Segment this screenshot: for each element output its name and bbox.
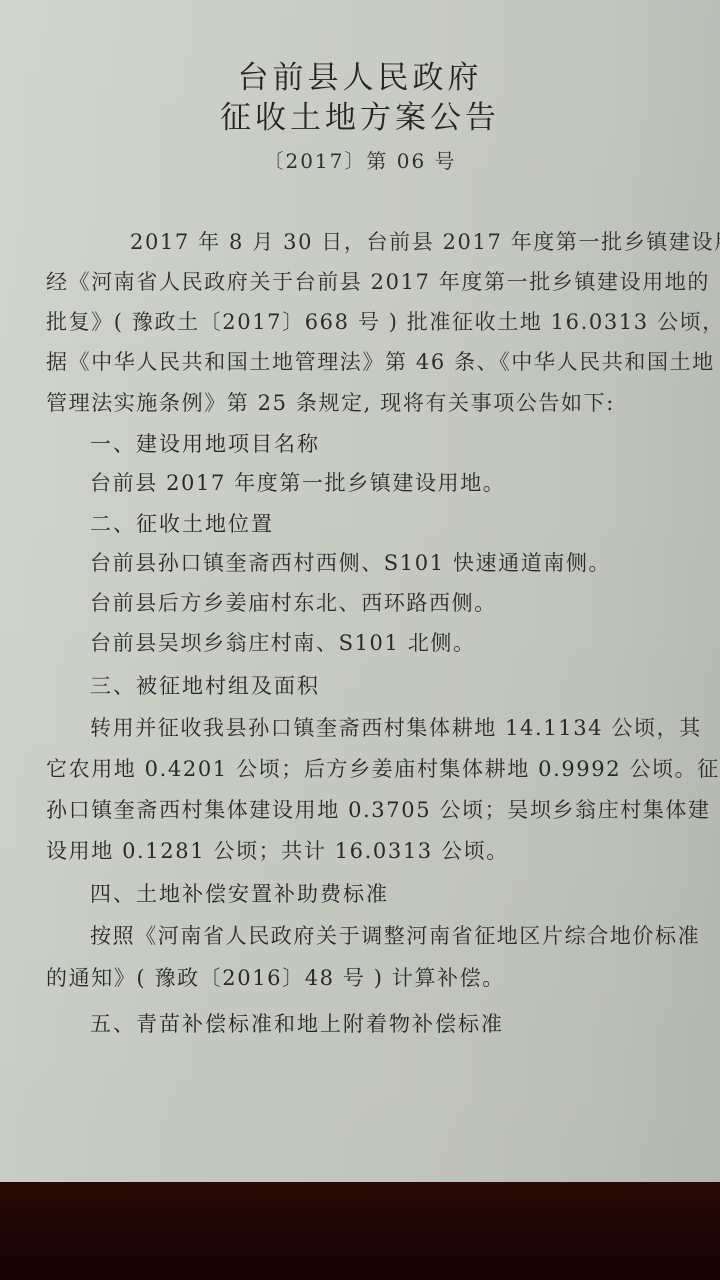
section-3-line: 设用地 0.1281 公顷；共计 16.0313 公顷。 xyxy=(46,835,509,865)
section-4-line: 按照《河南省人民政府关于调整河南省征地区片综合地价标准 xyxy=(90,920,700,950)
wooden-table-surface xyxy=(0,1182,720,1280)
document-title-line2: 征收土地方案公告 xyxy=(0,92,720,137)
section-2-line: 台前县孙口镇奎斋西村西侧、S101 快速通道南侧。 xyxy=(90,547,611,577)
section-heading-2: 二、征收土地位置 xyxy=(90,508,274,538)
document-paper: 台前县人民政府 征收土地方案公告 〔2017〕第 06 号 2017 年 8 月… xyxy=(0,0,720,1182)
section-heading-4: 四、土地补偿安置补助费标准 xyxy=(90,878,389,908)
section-heading-1: 一、建设用地项目名称 xyxy=(90,428,320,458)
document-number: 〔2017〕第 06 号 xyxy=(0,145,720,174)
section-heading-5: 五、青苗补偿标准和地上附着物补偿标准 xyxy=(90,1008,504,1038)
intro-line: 据《中华人民共和国土地管理法》第 46 条、《中华人民共和国土地 xyxy=(46,346,715,376)
section-1-line: 台前县 2017 年度第一批乡镇建设用地。 xyxy=(90,467,505,497)
intro-line: 经《河南省人民政府关于台前县 2017 年度第一批乡镇建设用地的 xyxy=(46,266,710,296)
photo-scene: 台前县人民政府 征收土地方案公告 〔2017〕第 06 号 2017 年 8 月… xyxy=(0,0,720,1280)
section-3-line: 它农用地 0.4201 公顷；后方乡姜庙村集体耕地 0.9992 公顷。征收 xyxy=(46,753,720,783)
section-heading-3: 三、被征地村组及面积 xyxy=(90,670,320,700)
section-2-line: 台前县后方乡姜庙村东北、西环路西侧。 xyxy=(90,587,497,617)
intro-line: 批复》( 豫政土〔2017〕668 号 ) 批准征收土地 16.0313 公顷，… xyxy=(46,306,720,336)
section-2-line: 台前县吴坝乡翁庄村南、S101 北侧。 xyxy=(90,627,476,657)
section-4-line: 的通知》( 豫政〔2016〕48 号 ) 计算补偿。 xyxy=(46,962,505,992)
section-3-line: 孙口镇奎斋西村集体建设用地 0.3705 公顷；吴坝乡翁庄村集体建 xyxy=(46,794,711,824)
document-title-line1: 台前县人民政府 xyxy=(0,52,720,97)
intro-line: 管理法实施条例》第 25 条规定, 现将有关事项公告如下: xyxy=(46,387,615,417)
section-3-line: 转用并征收我县孙口镇奎斋西村集体耕地 14.1134 公顷，其 xyxy=(90,712,702,742)
intro-line: 2017 年 8 月 30 日，台前县 2017 年度第一批乡镇建设用地业 xyxy=(130,226,720,256)
